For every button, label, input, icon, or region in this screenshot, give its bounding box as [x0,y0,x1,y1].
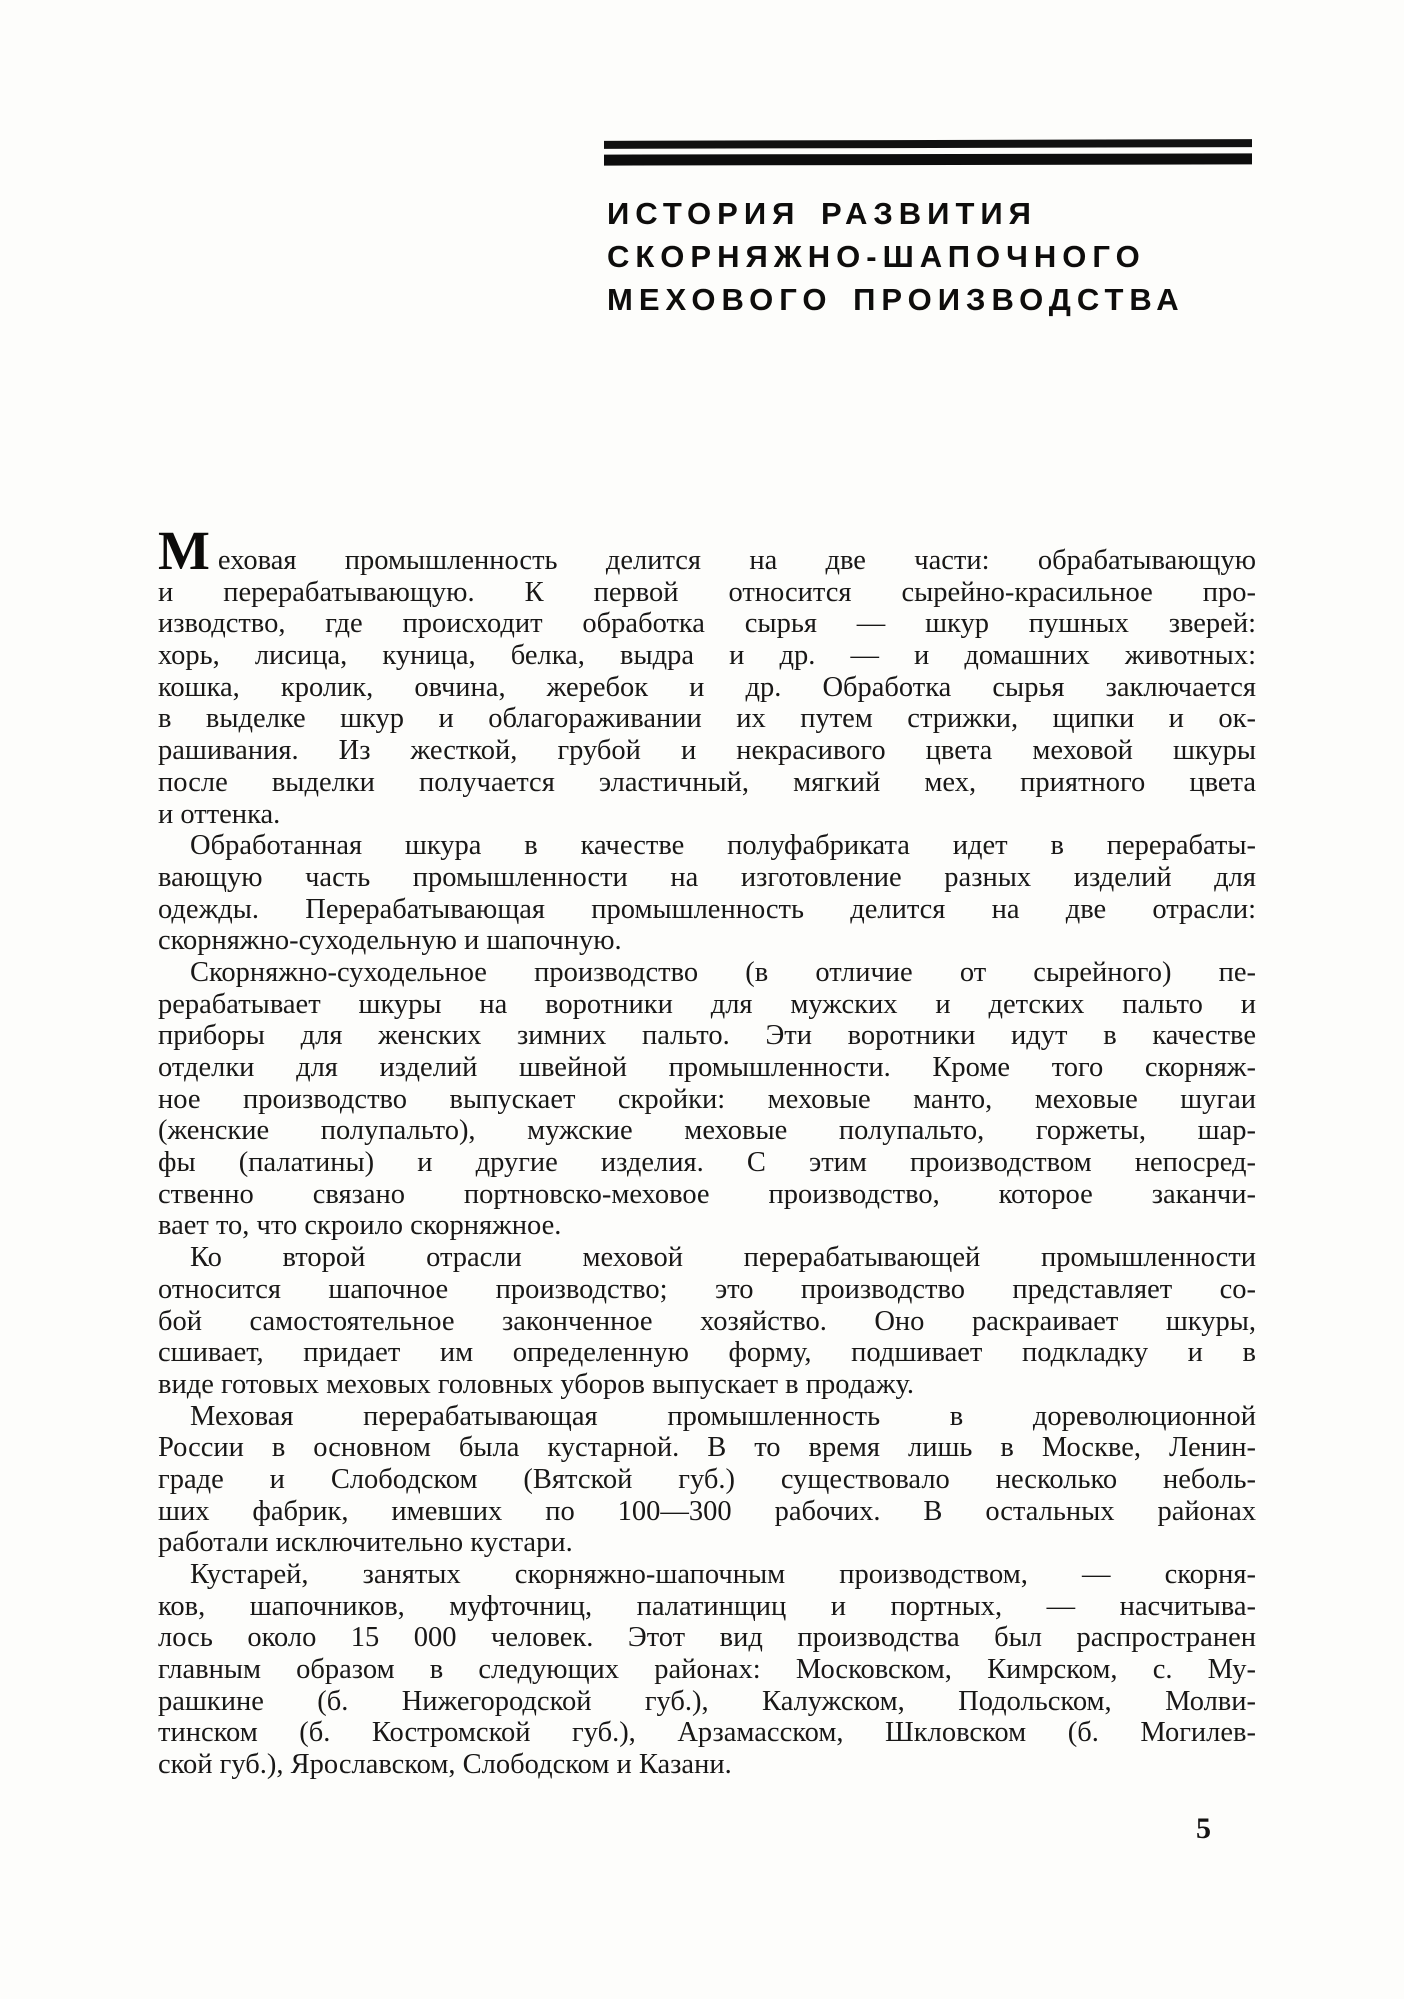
paragraph: Меховая перерабатывающая промышленность … [158,1401,1256,1559]
text-line: и перерабатывающую. К первой относится с… [158,577,1256,609]
body-text: Меховая промышленность делится на две ча… [158,545,1256,1781]
text-line: рашивания. Из жесткой, грубой и некрасив… [158,735,1256,767]
rule-bottom [604,153,1252,165]
text-line: сшивает, придает им определенную форму, … [158,1337,1256,1369]
header-double-rule [604,140,1252,165]
page-number: 5 [1196,1812,1211,1846]
text-line: Меховая промышленность делится на две ча… [158,545,1256,577]
text-line: виде готовых меховых головных уборов вып… [158,1369,1256,1401]
text-line: вает то, что скроило скорняжное. [158,1210,1256,1242]
text-line: относится шапочное производство; это про… [158,1274,1256,1306]
text-line: скорняжно-суходельную и шапочную. [158,925,1256,957]
chapter-title: ИСТОРИЯ РАЗВИТИЯ СКОРНЯЖНО-ШАПОЧНОГО МЕХ… [607,192,1267,321]
text-line: ской губ.), Ярославском, Слободском и Ка… [158,1749,1256,1781]
text-line: ственно связано портновско-меховое произ… [158,1179,1256,1211]
title-line: МЕХОВОГО ПРОИЗВОДСТВА [607,278,1267,321]
paragraph: Меховая промышленность делится на две ча… [158,545,1256,830]
text-line: России в основном была кустарной. В то в… [158,1432,1256,1464]
text-line: главным образом в следующих районах: Мос… [158,1654,1256,1686]
text-line: отделки для изделий швейной промышленнос… [158,1052,1256,1084]
text-line: ное производство выпускает скройки: мехо… [158,1084,1256,1116]
text-line: изводство, где происходит обработка сырь… [158,608,1256,640]
text-line: Обработанная шкура в качестве полуфабрик… [158,830,1256,862]
title-line: СКОРНЯЖНО-ШАПОЧНОГО [607,235,1267,278]
text-line: ших фабрик, имевших по 100—300 рабочих. … [158,1496,1256,1528]
text-line: вающую часть промышленности на изготовле… [158,862,1256,894]
text-line: приборы для женских зимних пальто. Эти в… [158,1020,1256,1052]
text-line: хорь, лисица, куница, белка, выдра и др.… [158,640,1256,672]
drop-cap: М [158,520,218,581]
title-line: ИСТОРИЯ РАЗВИТИЯ [607,192,1267,235]
text-line: Скорняжно-суходельное производство (в от… [158,957,1256,989]
paragraph: Скорняжно-суходельное производство (в от… [158,957,1256,1242]
paragraph: Ко второй отрасли меховой перерабатывающ… [158,1242,1256,1400]
rule-top [604,139,1252,149]
text-line: Меховая перерабатывающая промышленность … [158,1401,1256,1433]
text-line: лось около 15 000 человек. Этот вид прои… [158,1622,1256,1654]
text-line: Ко второй отрасли меховой перерабатывающ… [158,1242,1256,1274]
text-line: тинском (б. Костромской губ.), Арзамасск… [158,1717,1256,1749]
text-line: одежды. Перерабатывающая промышленность … [158,894,1256,926]
text-line: бой самостоятельное законченное хозяйств… [158,1306,1256,1338]
text-line: кошка, кролик, овчина, жеребок и др. Обр… [158,672,1256,704]
text-line: рашкине (б. Нижегородской губ.), Калужск… [158,1686,1256,1718]
text-line: (женские полупальто), мужские меховые по… [158,1115,1256,1147]
text-line: и оттенка. [158,799,1256,831]
text-line: граде и Слободском (Вятской губ.) сущест… [158,1464,1256,1496]
text-line: после выделки получается эластичный, мяг… [158,767,1256,799]
book-page: ИСТОРИЯ РАЗВИТИЯ СКОРНЯЖНО-ШАПОЧНОГО МЕХ… [0,0,1404,1999]
paragraph: Обработанная шкура в качестве полуфабрик… [158,830,1256,957]
text-line: ков, шапочников, муфточниц, палатинщиц и… [158,1591,1256,1623]
text-line: рерабатывает шкуры на воротники для мужс… [158,989,1256,1021]
paragraph: Кустарей, занятых скорняжно-шапочным про… [158,1559,1256,1781]
text-line: фы (палатины) и другие изделия. С этим п… [158,1147,1256,1179]
text-line: в выделке шкур и облагораживании их путе… [158,703,1256,735]
text-line: Кустарей, занятых скорняжно-шапочным про… [158,1559,1256,1591]
text-line: работали исключительно кустари. [158,1527,1256,1559]
